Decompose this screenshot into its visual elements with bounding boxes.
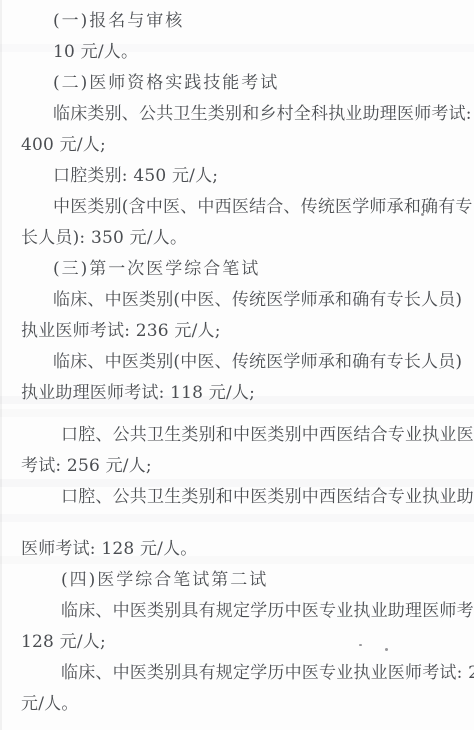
section-heading-3: (三)第一次医学综合笔试	[21, 254, 456, 285]
text-line: 临床类别、公共卫生类别和乡村全科执业助理医师考试:	[21, 99, 456, 130]
text-line: 128 元/人;	[21, 627, 456, 658]
text-line: 口腔类别: 450 元/人;	[21, 161, 456, 192]
text-line: 执业助理医师考试: 118 元/人;	[21, 378, 456, 409]
text-line: 执业医师考试: 236 元/人;	[21, 316, 456, 347]
section-heading-4: (四)医学综合笔试第二试	[21, 565, 456, 596]
text-line: 口腔、公共卫生类别和中医类别中西医结合专业执业助理	[21, 482, 456, 513]
text-line: 临床、中医类别(中医、传统医学师承和确有专长人员)	[21, 347, 456, 378]
text-line: 临床、中医类别(中医、传统医学师承和确有专长人员)	[21, 285, 456, 316]
text-line: 医师考试: 128 元/人。	[21, 534, 456, 565]
text-line: 考试: 256 元/人;	[21, 451, 456, 482]
scanned-document-page: (一)报名与审核 10 元/人。 (二)医师资格实践技能考试 临床类别、公共卫生…	[0, 0, 474, 730]
scan-band	[0, 514, 474, 522]
section-heading-2: (二)医师资格实践技能考试	[21, 68, 456, 99]
text-line: 元/人。	[21, 689, 456, 720]
text-line: 临床、中医类别具有规定学历中医专业执业助理医师考试:	[21, 596, 456, 627]
text-line: 长人员): 350 元/人。	[21, 223, 456, 254]
scan-edge-shadow	[0, 0, 2, 730]
scan-band	[0, 409, 474, 417]
text-line: 400 元/人;	[21, 130, 456, 161]
text-line: 中医类别(含中医、中西医结合、传统医学师承和确有专	[21, 192, 456, 223]
section-heading-1: (一)报名与审核	[21, 6, 456, 37]
text-line: 口腔、公共卫生类别和中医类别中西医结合专业执业医师	[21, 420, 456, 451]
text-line: 临床、中医类别具有规定学历中医专业执业医师考试: 256	[21, 658, 456, 689]
text-line: 10 元/人。	[21, 37, 456, 68]
